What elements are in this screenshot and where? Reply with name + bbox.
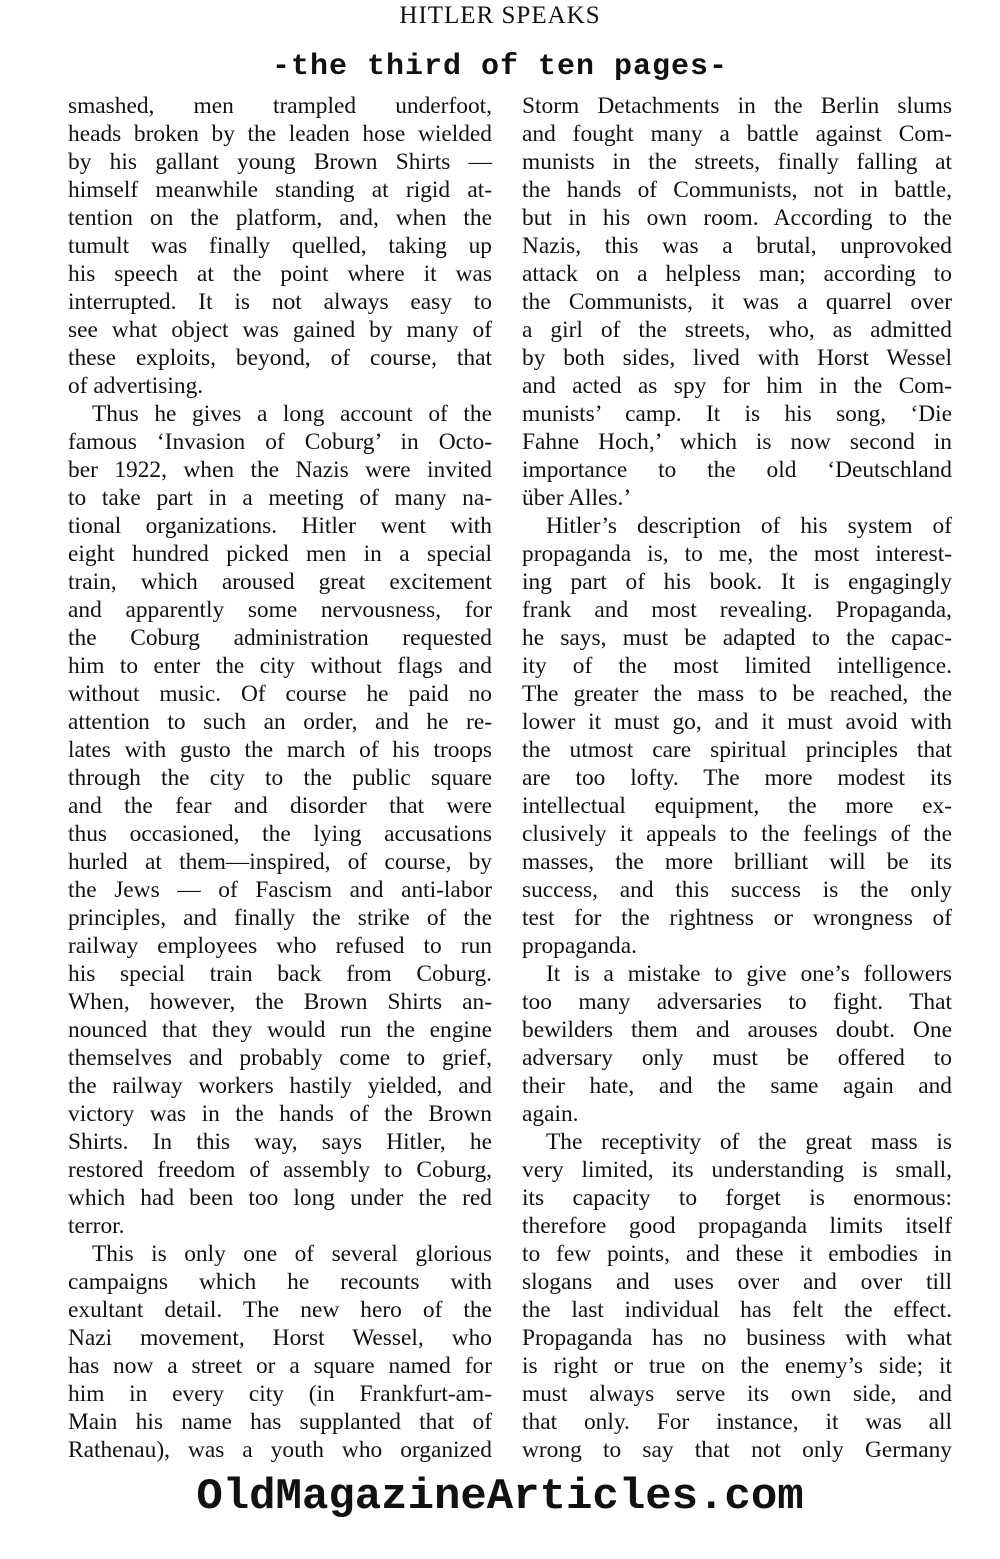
text-line: lates with gusto the march of his troops (68, 736, 492, 764)
text-line: famous ‘Invasion of Coburg’ in Octo- (68, 428, 492, 456)
text-line: success, and this success is the only (522, 876, 952, 904)
text-line: munists in the streets, finally falling … (522, 148, 952, 176)
text-line: hurled at them—inspired, of course, by (68, 848, 492, 876)
text-line: slogans and uses over and over till (522, 1268, 952, 1296)
text-line: exultant detail. The new hero of the (68, 1296, 492, 1324)
text-line: frank and most revealing. Propaganda, (522, 596, 952, 624)
text-line: their hate, and the same again and (522, 1072, 952, 1100)
text-line: masses, the more brilliant will be its (522, 848, 952, 876)
text-line: Propaganda has no business with what (522, 1324, 952, 1352)
text-line: principles, and finally the strike of th… (68, 904, 492, 932)
text-line: When, however, the Brown Shirts an- (68, 988, 492, 1016)
text-line: himself meanwhile standing at rigid at- (68, 176, 492, 204)
text-line: must always serve its own side, and (522, 1380, 952, 1408)
text-line: Thus he gives a long account of the (68, 400, 492, 428)
text-line: and the fear and disorder that were (68, 792, 492, 820)
text-line: Storm Detachments in the Berlin slums (522, 92, 952, 120)
text-line: too many adversaries to fight. That (522, 988, 952, 1016)
text-line: wrong to say that not only Germany (522, 1436, 952, 1464)
text-line: smashed, men trampled underfoot, (68, 92, 492, 120)
text-line: and acted as spy for him in the Com- (522, 372, 952, 400)
text-line: Nazis, this was a brutal, unprovoked (522, 232, 952, 260)
text-line: test for the rightness or wrongness of (522, 904, 952, 932)
text-line: restored freedom of assembly to Coburg, (68, 1156, 492, 1184)
text-line: nounced that they would run the engine (68, 1016, 492, 1044)
text-line: Shirts. In this way, says Hitler, he (68, 1128, 492, 1156)
text-line: It is a mistake to give one’s followers (522, 960, 952, 988)
text-line: the utmost care spiritual principles tha… (522, 736, 952, 764)
text-line: him in every city (in Frankfurt-am- (68, 1380, 492, 1408)
text-line: the Communists, it was a quarrel over (522, 288, 952, 316)
text-line: intellectual equipment, the more ex- (522, 792, 952, 820)
text-line: terror. (68, 1212, 492, 1240)
text-line: propaganda is, to me, the most interest- (522, 540, 952, 568)
text-line: thus occasioned, the lying accusations (68, 820, 492, 848)
text-line: The greater the mass to be reached, the (522, 680, 952, 708)
text-line: again. (522, 1100, 952, 1128)
text-line: therefore good propaganda limits itself (522, 1212, 952, 1240)
text-line: has now a street or a square named for (68, 1352, 492, 1380)
text-line: by his gallant young Brown Shirts — (68, 148, 492, 176)
text-line: the Coburg administration requested (68, 624, 492, 652)
text-line: attack on a helpless man; according to (522, 260, 952, 288)
text-line: eight hundred picked men in a special (68, 540, 492, 568)
article-column-left: smashed, men trampled underfoot,heads br… (68, 92, 492, 1464)
text-line: its capacity to forget is enormous: (522, 1184, 952, 1212)
text-line: train, which aroused great excitement (68, 568, 492, 596)
text-line: Nazi movement, Horst Wessel, who (68, 1324, 492, 1352)
text-line: Rathenau), was a youth who organized (68, 1436, 492, 1464)
text-line: attention to such an order, and he re- (68, 708, 492, 736)
text-line: he says, must be adapted to the capac- (522, 624, 952, 652)
text-line: very limited, its understanding is small… (522, 1156, 952, 1184)
text-line: his speech at the point where it was (68, 260, 492, 288)
text-line: which had been too long under the red (68, 1184, 492, 1212)
article-title: HITLER SPEAKS (0, 2, 1000, 30)
text-line: the last individual has felt the effect. (522, 1296, 952, 1324)
text-line: see what object was gained by many of (68, 316, 492, 344)
text-line: are too lofty. The more modest its (522, 764, 952, 792)
text-line: The receptivity of the great mass is (522, 1128, 952, 1156)
text-line: ity of the most limited intelligence. (522, 652, 952, 680)
text-line: of advertising. (68, 372, 492, 400)
text-line: tumult was finally quelled, taking up (68, 232, 492, 260)
text-line: victory was in the hands of the Brown (68, 1100, 492, 1128)
text-line: through the city to the public square (68, 764, 492, 792)
text-line: über Alles.’ (522, 484, 952, 512)
text-line: to take part in a meeting of many na- (68, 484, 492, 512)
text-line: that only. For instance, it was all (522, 1408, 952, 1436)
page-subtitle: -the third of ten pages- (0, 50, 1000, 84)
text-line: and fought many a battle against Com- (522, 120, 952, 148)
text-line: clusively it appeals to the feelings of … (522, 820, 952, 848)
text-line: ing part of his book. It is engagingly (522, 568, 952, 596)
article-column-right: Storm Detachments in the Berlin slumsand… (522, 92, 952, 1464)
text-line: the railway workers hastily yielded, and (68, 1072, 492, 1100)
text-line: to few points, and these it embodies in (522, 1240, 952, 1268)
text-line: This is only one of several glorious (68, 1240, 492, 1268)
text-line: heads broken by the leaden hose wielded (68, 120, 492, 148)
text-line: his special train back from Coburg. (68, 960, 492, 988)
text-line: these exploits, beyond, of course, that (68, 344, 492, 372)
text-line: bewilders them and arouses doubt. One (522, 1016, 952, 1044)
text-line: tention on the platform, and, when the (68, 204, 492, 232)
text-line: tional organizations. Hitler went with (68, 512, 492, 540)
text-line: and apparently some nervousness, for (68, 596, 492, 624)
text-line: Main his name has supplanted that of (68, 1408, 492, 1436)
text-line: propaganda. (522, 932, 952, 960)
text-line: campaigns which he recounts with (68, 1268, 492, 1296)
text-line: Hitler’s description of his system of (522, 512, 952, 540)
text-line: munists’ camp. It is his song, ‘Die (522, 400, 952, 428)
site-watermark: OldMagazineArticles.com (0, 1472, 1000, 1522)
text-line: by both sides, lived with Horst Wessel (522, 344, 952, 372)
text-line: the hands of Communists, not in battle, (522, 176, 952, 204)
text-line: themselves and probably come to grief, (68, 1044, 492, 1072)
text-line: the Jews — of Fascism and anti-labor (68, 876, 492, 904)
text-line: him to enter the city without flags and (68, 652, 492, 680)
text-line: adversary only must be offered to (522, 1044, 952, 1072)
text-line: railway employees who refused to run (68, 932, 492, 960)
text-line: ber 1922, when the Nazis were invited (68, 456, 492, 484)
text-line: is right or true on the enemy’s side; it (522, 1352, 952, 1380)
text-line: without music. Of course he paid no (68, 680, 492, 708)
text-line: but in his own room. According to the (522, 204, 952, 232)
text-line: interrupted. It is not always easy to (68, 288, 492, 316)
text-line: Fahne Hoch,’ which is now second in (522, 428, 952, 456)
text-line: importance to the old ‘Deutschland (522, 456, 952, 484)
text-line: a girl of the streets, who, as admitted (522, 316, 952, 344)
text-line: lower it must go, and it must avoid with (522, 708, 952, 736)
